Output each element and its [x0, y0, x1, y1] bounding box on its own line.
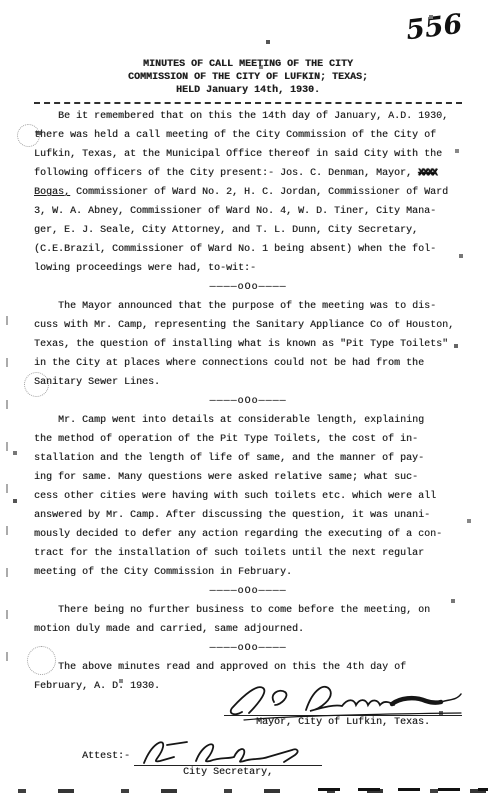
- officers-line-continued: Commissioner of Ward No. 2, H. C. Jordan…: [70, 187, 448, 198]
- paragraph-1-opening: Be it remembered that on this the 14th d…: [34, 107, 462, 164]
- page-bottom-edge-artifact: [318, 788, 488, 791]
- mayor-signature-icon: [224, 680, 462, 722]
- mayor-signature-block: Mayor, City of Lufkin, Texas.: [224, 680, 462, 729]
- officers-line-text: following officers of the City present:-…: [34, 168, 418, 179]
- paragraph-1-closing: 3, W. A. Abney, Commissioner of Ward No.…: [34, 202, 462, 278]
- binding-edge-marks: [6, 316, 8, 692]
- document-title: MINUTES OF CALL MEETING OF THE CITY COMM…: [34, 58, 462, 97]
- document-body: MINUTES OF CALL MEETING OF THE CITY COMM…: [34, 58, 462, 779]
- title-line-2: COMMISSION OF THE CITY OF LUFKIN; TEXAS;: [34, 71, 462, 84]
- section-separator: ————oOo————: [34, 582, 462, 601]
- title-line-1: MINUTES OF CALL MEETING OF THE CITY: [34, 58, 462, 71]
- secretary-signature-icon: [134, 735, 322, 771]
- paragraph-4: There being no further business to come …: [34, 601, 462, 639]
- section-separator: ————oOo————: [34, 639, 462, 658]
- paragraph-2: The Mayor announced that the purpose of …: [34, 297, 462, 392]
- paragraph-3: Mr. Camp went into details at considerab…: [34, 411, 462, 582]
- struck-out-word: XXXX: [418, 168, 436, 179]
- secretary-signature-block: City Secretary,: [134, 735, 322, 779]
- dashed-rule: [34, 102, 462, 104]
- attest-label: Attest:-: [82, 750, 130, 763]
- attest-block: Attest:- City Secretary,: [82, 735, 462, 779]
- handwritten-page-number: 556: [404, 9, 464, 47]
- scanned-minutes-page: 556 MINUTES OF CALL MEETING OF THE CITY …: [0, 0, 488, 800]
- section-separator: ————oOo————: [34, 278, 462, 297]
- officers-line-underlined: Bogas, Commissioner of Ward No. 2, H. C.…: [34, 183, 462, 202]
- title-line-3: HELD January 14th, 1930.: [34, 84, 462, 97]
- scan-noise-speckles: [0, 0, 2, 2]
- section-separator: ————oOo————: [34, 392, 462, 411]
- underlined-name: Bogas,: [34, 187, 70, 198]
- officers-line-struck: following officers of the City present:-…: [34, 164, 462, 183]
